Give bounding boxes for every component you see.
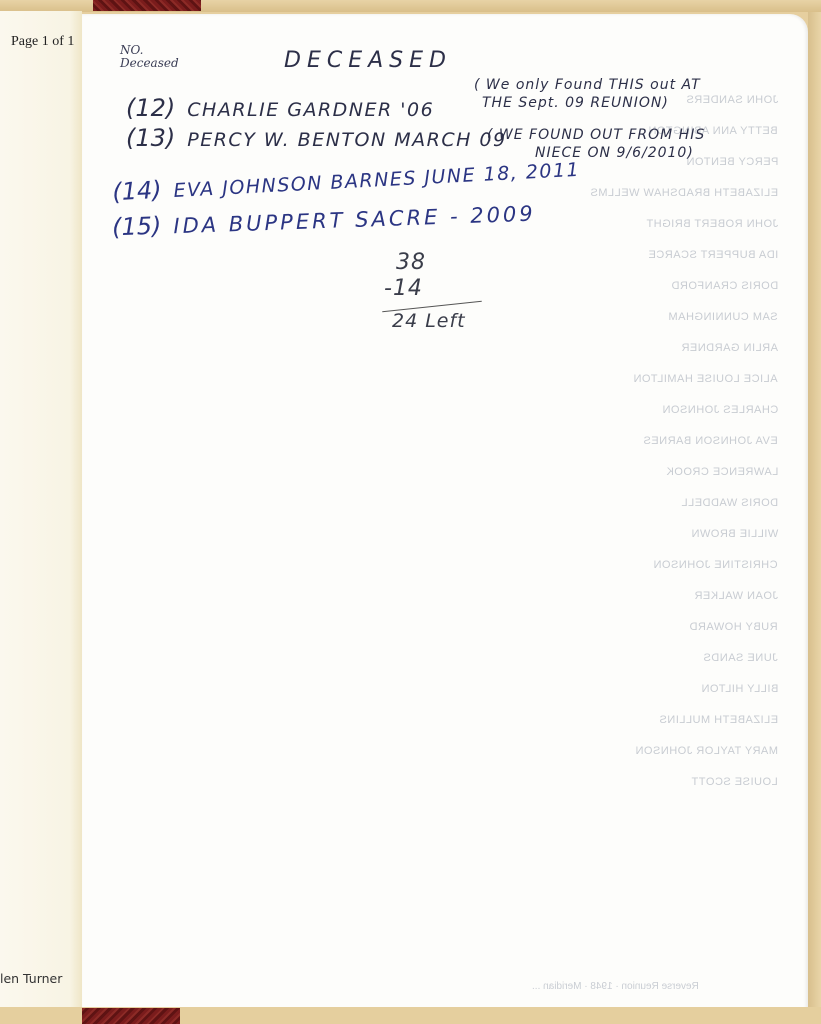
bleed-through-row: EVA JOHNSON BARNES bbox=[643, 435, 778, 447]
entry-number: (14) bbox=[112, 176, 163, 207]
bleed-through-row: IDA BUPPERT SCARCE bbox=[648, 249, 778, 261]
handwritten-sheet: JOHN SANDERSBETTY ANN ABINGTONPERCY BENT… bbox=[82, 14, 808, 1010]
entry-number: (15) bbox=[112, 212, 162, 242]
bleed-through-row: LAWRENCE CROOK bbox=[666, 466, 778, 478]
entry-12-note: ( We only Found THIS out AT THE Sept. 09… bbox=[474, 76, 701, 112]
binding-ribbon-bottom bbox=[82, 1008, 180, 1024]
math-minuend: 38 bbox=[396, 250, 426, 275]
entry-text: CHARLIE GARDNER '06 bbox=[187, 99, 434, 121]
entry-15: (15)IDA BUPPERT SACRE - 2009 bbox=[112, 199, 536, 242]
binding-ribbon-top bbox=[93, 0, 201, 11]
entry-14: (14)EVA JOHNSON BARNES JUNE 18, 2011 bbox=[112, 154, 581, 206]
bleed-through-row: ALICE LOUISE HAMILTON bbox=[633, 373, 778, 385]
entry-text: IDA BUPPERT SACRE - 2009 bbox=[173, 202, 536, 239]
bleed-through-row: MARY TAYLOR JOHNSON bbox=[635, 745, 778, 757]
bleed-through-row: ELIZABETH BRADSHAW WELLMS bbox=[590, 187, 778, 199]
author-name-fragment: len Turner bbox=[0, 971, 62, 986]
math-result: 24 Left bbox=[392, 310, 466, 332]
heading-deceased: DECEASED bbox=[284, 48, 452, 73]
entry-12: (12)CHARLIE GARDNER '06 bbox=[126, 94, 434, 122]
binding-right-edge bbox=[808, 12, 821, 1024]
bleed-through-row: JUNE SANDS bbox=[703, 652, 778, 664]
bleed-through-footer: Reverse Reunion · 1948 · Meridian ... bbox=[532, 981, 699, 992]
page-number-label: Page 1 of 1 bbox=[11, 34, 74, 50]
bleed-through-row: JOAN WALKER bbox=[694, 590, 778, 602]
bleed-through-row: JOHN ROBERT BRIGHT bbox=[646, 218, 778, 230]
bleed-through-row: BILLY HILTON bbox=[701, 683, 778, 695]
bleed-through-row: ELIZABETH MULLINS bbox=[659, 714, 778, 726]
entry-text: EVA JOHNSON BARNES JUNE 18, 2011 bbox=[173, 159, 581, 202]
bleed-through-row: CHRISTINE JOHNSON bbox=[653, 559, 778, 571]
bleed-through-row: ARLIN GARDNER bbox=[681, 342, 778, 354]
entry-number: (12) bbox=[126, 94, 175, 122]
entry-number: (13) bbox=[126, 124, 175, 152]
bleed-through-row: WILLIE BROWN bbox=[691, 528, 778, 540]
bleed-through-row: SAM CUNNINGHAM bbox=[668, 311, 778, 323]
printed-underlying-sheet: Page 1 of 1 len Turner bbox=[0, 11, 82, 1007]
bleed-through-row: DORIS WADDELL bbox=[681, 497, 778, 509]
entry-text: PERCY W. BENTON MARCH 09 bbox=[187, 129, 506, 151]
entry-13: (13)PERCY W. BENTON MARCH 09 bbox=[126, 124, 507, 152]
bleed-through-row: LOUISE SCOTT bbox=[691, 776, 778, 788]
bleed-through-row: CHARLES JOHNSON bbox=[662, 404, 778, 416]
corner-note: NO. Deceased bbox=[120, 44, 179, 70]
bleed-through-row: RUBY HOWARD bbox=[689, 621, 778, 633]
math-subtrahend: -14 bbox=[384, 276, 423, 301]
bleed-through-row: DORIS CRANFORD bbox=[671, 280, 778, 292]
